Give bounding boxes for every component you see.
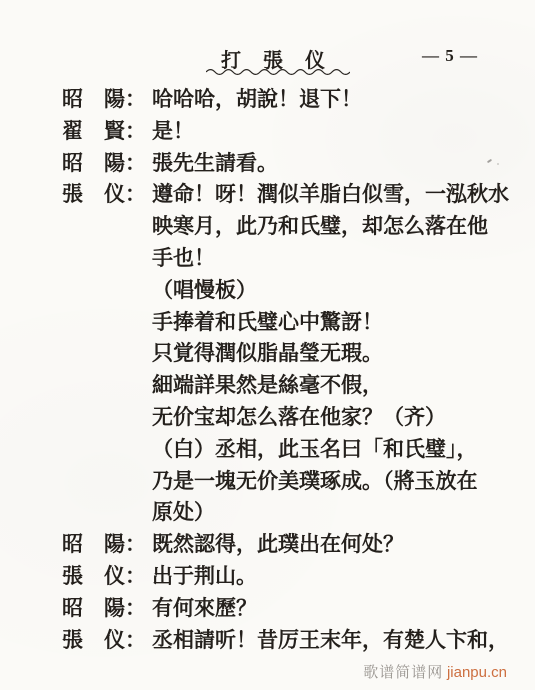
dialogue-text: 丞相請听！昔厉王末年，有楚人卞和， xyxy=(152,625,509,657)
dialogue-text: 手也！ xyxy=(152,243,215,275)
speaker-name: 昭 陽： xyxy=(62,593,152,625)
speaker-name: 昭 陽： xyxy=(62,529,152,561)
script-line: 手也！ xyxy=(62,243,509,275)
dialogue-text: 乃是一塊无价美璞琢成。（將玉放在 xyxy=(152,466,478,498)
script-line: 原处） xyxy=(62,497,509,529)
speaker-name: 張 仪： xyxy=(62,179,152,211)
script-line: 手捧着和氏璧心中驚訝！ xyxy=(62,307,509,339)
script-line: 映寒月，此乃和氏璧，却怎么落在他 xyxy=(62,211,509,243)
script-line: （唱慢板） xyxy=(62,275,509,307)
dialogue-text: 細端詳果然是絲毫不假， xyxy=(152,370,383,402)
script-line: 張 仪：遵命！呀！潤似羊脂白似雪，一泓秋水 xyxy=(62,179,509,211)
watermark: 歌谱简谱网 jianpu.cn xyxy=(363,661,507,682)
watermark-site-url[interactable]: jianpu.cn xyxy=(447,664,507,681)
dialogue-text: 映寒月，此乃和氏璧，却怎么落在他 xyxy=(152,211,488,243)
script-line: （白）丞相，此玉名曰「和氏璧」， xyxy=(62,434,509,466)
dialogue-text: （白）丞相，此玉名曰「和氏璧」， xyxy=(152,434,478,466)
speaker-name: 張 仪： xyxy=(62,561,152,593)
scanned-script-page: 打 張 仪 — 5 — 昭 陽：哈哈哈，胡說！退下！ 翟 賢：是！ 昭 陽：張先… xyxy=(0,0,535,690)
script-line: 昭 陽：哈哈哈，胡說！退下！ xyxy=(62,84,509,116)
dialogue-text: 有何來歷？ xyxy=(152,593,257,625)
page-header: 打 張 仪 — 5 — xyxy=(0,44,535,78)
dialogue-text: 无价宝却怎么落在他家？（齐） xyxy=(152,402,446,434)
speaker-name: 翟 賢： xyxy=(62,116,152,148)
dialogue-text: 是！ xyxy=(152,116,194,148)
speaker-name: 張 仪： xyxy=(62,625,152,657)
dialogue-text: （唱慢板） xyxy=(152,275,257,307)
dialogue-text: 出于荆山。 xyxy=(152,561,257,593)
dialogue-text: 遵命！呀！潤似羊脂白似雪，一泓秋水 xyxy=(152,179,509,211)
script-line: 无价宝却怎么落在他家？（齐） xyxy=(62,402,509,434)
script-line: 張 仪：出于荆山。 xyxy=(62,561,509,593)
script-line: 昭 陽：張先生請看。 xyxy=(62,148,509,180)
dialogue-text: 只覚得潤似脂晶瑩无瑕。 xyxy=(152,338,383,370)
dialogue-text: 張先生請看。 xyxy=(152,148,278,180)
speaker-name: 昭 陽： xyxy=(62,84,152,116)
dialogue-text: 哈哈哈，胡說！退下！ xyxy=(152,84,362,116)
script-line: 乃是一塊无价美璞琢成。（將玉放在 xyxy=(62,466,509,498)
dialogue-text: 原处） xyxy=(152,497,215,529)
dialogue-text: 既然認得，此璞出在何处？ xyxy=(152,529,404,561)
script-line: 只覚得潤似脂晶瑩无瑕。 xyxy=(62,338,509,370)
script-line: 昭 陽：有何來歷？ xyxy=(62,593,509,625)
dialogue-text: 手捧着和氏璧心中驚訝！ xyxy=(152,307,383,339)
page-number: — 5 — xyxy=(422,46,478,66)
script-line: 翟 賢：是！ xyxy=(62,116,509,148)
script-body: 昭 陽：哈哈哈，胡說！退下！ 翟 賢：是！ 昭 陽：張先生請看。 張 仪：遵命！… xyxy=(62,84,509,656)
speaker-name: 昭 陽： xyxy=(62,148,152,180)
script-line: 張 仪：丞相請听！昔厉王末年，有楚人卞和， xyxy=(62,625,509,657)
watermark-site-name: 歌谱简谱网 xyxy=(363,665,443,681)
script-line: 細端詳果然是絲毫不假， xyxy=(62,370,509,402)
script-line: 昭 陽：既然認得，此璞出在何处？ xyxy=(62,529,509,561)
title-wavy-underline xyxy=(206,68,350,76)
